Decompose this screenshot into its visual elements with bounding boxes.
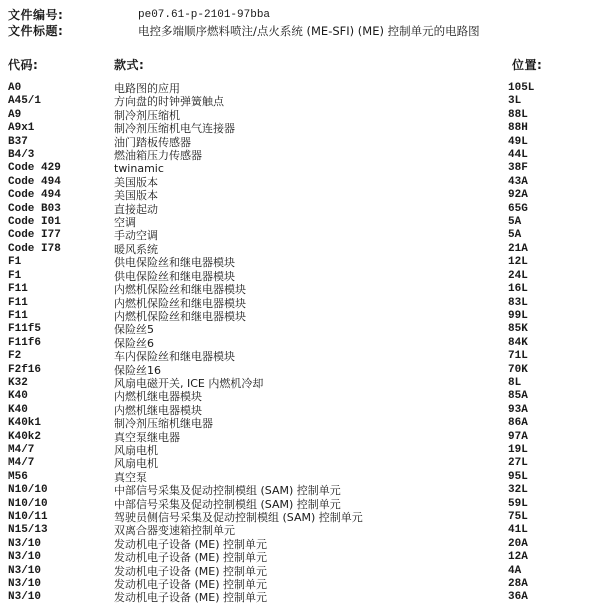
table-row: A45/1方向盘的时钟弹簧触点3L: [0, 95, 606, 108]
cell-code: N15/13: [8, 524, 48, 537]
cell-description: 车内保险丝和继电器模块: [114, 350, 235, 363]
table-row: K40内燃机继电器模块93A: [0, 404, 606, 417]
document-header: 文件编号: pe07.61-p-2101-97bba 文件标题: 电控多端顺序燃…: [0, 7, 606, 39]
cell-description: 发动机电子设备 (ME) 控制单元: [114, 578, 267, 591]
cell-code: N3/10: [8, 538, 41, 551]
cell-code: F1: [8, 256, 21, 269]
cell-position: 41L: [508, 524, 528, 537]
table-row: N3/10发动机电子设备 (ME) 控制单元20A: [0, 538, 606, 551]
cell-code: K40k1: [8, 417, 41, 430]
doc-number-value: pe07.61-p-2101-97bba: [138, 7, 270, 23]
cell-description: 保险丝16: [114, 364, 161, 377]
cell-position: 32L: [508, 484, 528, 497]
cell-code: K40: [8, 390, 28, 403]
cell-description: 风扇电机: [114, 457, 158, 470]
cell-description: 供电保险丝和继电器模块: [114, 256, 235, 269]
table-row: F1供电保险丝和继电器模块12L: [0, 256, 606, 269]
cell-code: A9: [8, 109, 21, 122]
table-row: N3/10发动机电子设备 (ME) 控制单元12A: [0, 551, 606, 564]
cell-code: N10/10: [8, 498, 48, 511]
cell-position: 3L: [508, 95, 521, 108]
cell-position: 85K: [508, 323, 528, 336]
cell-description: 保险丝5: [114, 323, 154, 336]
table-row: F2f16保险丝1670K: [0, 364, 606, 377]
cell-code: Code I77: [8, 229, 61, 242]
table-row: M4/7风扇电机19L: [0, 444, 606, 457]
cell-description: 美国版本: [114, 189, 158, 202]
cell-position: 85A: [508, 390, 528, 403]
cell-description: twinamic: [114, 162, 164, 175]
table-row: F1供电保险丝和继电器模块24L: [0, 270, 606, 283]
cell-position: 44L: [508, 149, 528, 162]
table-row: Code 429twinamic38F: [0, 162, 606, 175]
cell-code: A0: [8, 82, 21, 95]
cell-description: 内燃机保险丝和继电器模块: [114, 297, 246, 310]
table-row: A9制冷剂压缩机88L: [0, 109, 606, 122]
cell-code: N3/10: [8, 591, 41, 604]
cell-description: 手动空调: [114, 229, 158, 242]
table-row: Code I01空调5A: [0, 216, 606, 229]
table-row: B37油门踏板传感器49L: [0, 136, 606, 149]
cell-description: 中部信号采集及促动控制模组 (SAM) 控制单元: [114, 498, 341, 511]
cell-position: 20A: [508, 538, 528, 551]
cell-description: 真空泵继电器: [114, 431, 180, 444]
cell-description: 供电保险丝和继电器模块: [114, 270, 235, 283]
cell-code: N10/11: [8, 511, 48, 524]
table-row: Code 494美国版本92A: [0, 189, 606, 202]
table-row: A9x1制冷剂压缩机电气连接器88H: [0, 122, 606, 135]
cell-position: 28A: [508, 578, 528, 591]
cell-description: 直接起动: [114, 203, 158, 216]
cell-code: K40k2: [8, 431, 41, 444]
column-header-code: 代码:: [8, 58, 38, 72]
cell-code: F2: [8, 350, 21, 363]
table-row: F2车内保险丝和继电器模块71L: [0, 350, 606, 363]
cell-description: 空调: [114, 216, 136, 229]
cell-code: Code I01: [8, 216, 61, 229]
cell-position: 27L: [508, 457, 528, 470]
cell-description: 发动机电子设备 (ME) 控制单元: [114, 551, 267, 564]
cell-description: 内燃机保险丝和继电器模块: [114, 283, 246, 296]
doc-number-label: 文件编号:: [8, 7, 63, 23]
table-row: N3/10发动机电子设备 (ME) 控制单元4A: [0, 565, 606, 578]
cell-description: 方向盘的时钟弹簧触点: [114, 95, 224, 108]
cell-position: 4A: [508, 565, 521, 578]
cell-code: B37: [8, 136, 28, 149]
cell-description: 内燃机继电器模块: [114, 390, 202, 403]
cell-position: 8L: [508, 377, 521, 390]
cell-description: 双离合器变速箱控制单元: [114, 524, 235, 537]
cell-position: 5A: [508, 216, 521, 229]
cell-position: 12A: [508, 551, 528, 564]
table-row: N3/10发动机电子设备 (ME) 控制单元36A: [0, 591, 606, 604]
table-row: F11内燃机保险丝和继电器模块83L: [0, 297, 606, 310]
cell-position: 19L: [508, 444, 528, 457]
cell-position: 95L: [508, 471, 528, 484]
cell-description: 发动机电子设备 (ME) 控制单元: [114, 538, 267, 551]
table-row: F11f6保险丝684K: [0, 337, 606, 350]
doc-title-line: 文件标题: 电控多端顺序燃料喷注/点火系统 (ME-SFI) (ME) 控制单元…: [0, 23, 606, 39]
table-column-headers: 代码: 款式: 位置:: [0, 58, 606, 72]
cell-code: F11: [8, 310, 28, 323]
table-row: Code B03直接起动65G: [0, 203, 606, 216]
cell-code: K40: [8, 404, 28, 417]
doc-title-label: 文件标题:: [8, 23, 63, 39]
cell-position: 88L: [508, 109, 528, 122]
cell-position: 97A: [508, 431, 528, 444]
cell-code: M4/7: [8, 444, 34, 457]
cell-description: 驾驶员侧信号采集及促动控制模组 (SAM) 控制单元: [114, 511, 363, 524]
cell-description: 发动机电子设备 (ME) 控制单元: [114, 591, 267, 604]
doc-title-value: 电控多端顺序燃料喷注/点火系统 (ME-SFI) (ME) 控制单元的电路图: [138, 23, 480, 39]
table-row: N3/10发动机电子设备 (ME) 控制单元28A: [0, 578, 606, 591]
cell-code: F11f5: [8, 323, 41, 336]
cell-code: K32: [8, 377, 28, 390]
cell-description: 美国版本: [114, 176, 158, 189]
table-row: M56真空泵95L: [0, 471, 606, 484]
cell-position: 92A: [508, 189, 528, 202]
doc-number-line: 文件编号: pe07.61-p-2101-97bba: [0, 7, 606, 23]
cell-position: 84K: [508, 337, 528, 350]
cell-position: 99L: [508, 310, 528, 323]
code-table-rows: A0电路图的应用105LA45/1方向盘的时钟弹簧触点3LA9制冷剂压缩机88L…: [0, 82, 606, 605]
cell-description: 内燃机继电器模块: [114, 404, 202, 417]
cell-code: B4/3: [8, 149, 34, 162]
cell-code: Code 429: [8, 162, 61, 175]
cell-code: Code 494: [8, 189, 61, 202]
cell-position: 43A: [508, 176, 528, 189]
table-row: K32风扇电磁开关, ICE 内燃机冷却8L: [0, 377, 606, 390]
cell-code: F11: [8, 283, 28, 296]
cell-description: 真空泵: [114, 471, 147, 484]
cell-description: 风扇电磁开关, ICE 内燃机冷却: [114, 377, 263, 390]
cell-position: 93A: [508, 404, 528, 417]
cell-position: 88H: [508, 122, 528, 135]
cell-position: 71L: [508, 350, 528, 363]
cell-position: 65G: [508, 203, 528, 216]
cell-description: 暖风系统: [114, 243, 158, 256]
cell-code: Code B03: [8, 203, 61, 216]
cell-position: 75L: [508, 511, 528, 524]
cell-position: 38F: [508, 162, 528, 175]
cell-description: 内燃机保险丝和继电器模块: [114, 310, 246, 323]
table-row: B4/3燃油箱压力传感器44L: [0, 149, 606, 162]
cell-description: 燃油箱压力传感器: [114, 149, 202, 162]
cell-code: Code I78: [8, 243, 61, 256]
cell-code: N10/10: [8, 484, 48, 497]
table-row: N15/13双离合器变速箱控制单元41L: [0, 524, 606, 537]
column-header-position: 位置:: [512, 58, 542, 72]
cell-position: 21A: [508, 243, 528, 256]
cell-code: F11: [8, 297, 28, 310]
table-row: K40内燃机继电器模块85A: [0, 390, 606, 403]
cell-code: F2f16: [8, 364, 41, 377]
table-row: N10/10中部信号采集及促动控制模组 (SAM) 控制单元59L: [0, 498, 606, 511]
table-row: A0电路图的应用105L: [0, 82, 606, 95]
cell-description: 制冷剂压缩机: [114, 109, 180, 122]
table-row: F11f5保险丝585K: [0, 323, 606, 336]
cell-code: M56: [8, 471, 28, 484]
table-row: F11内燃机保险丝和继电器模块99L: [0, 310, 606, 323]
cell-description: 制冷剂压缩机继电器: [114, 417, 213, 430]
cell-position: 16L: [508, 283, 528, 296]
cell-position: 105L: [508, 82, 534, 95]
table-row: Code I77手动空调5A: [0, 229, 606, 242]
cell-position: 86A: [508, 417, 528, 430]
cell-description: 风扇电机: [114, 444, 158, 457]
table-row: F11内燃机保险丝和继电器模块16L: [0, 283, 606, 296]
cell-code: N3/10: [8, 551, 41, 564]
cell-description: 保险丝6: [114, 337, 154, 350]
cell-position: 12L: [508, 256, 528, 269]
cell-description: 电路图的应用: [114, 82, 180, 95]
cell-position: 24L: [508, 270, 528, 283]
cell-position: 5A: [508, 229, 521, 242]
cell-code: F11f6: [8, 337, 41, 350]
table-row: N10/10中部信号采集及促动控制模组 (SAM) 控制单元32L: [0, 484, 606, 497]
cell-position: 49L: [508, 136, 528, 149]
cell-description: 发动机电子设备 (ME) 控制单元: [114, 565, 267, 578]
table-row: K40k1制冷剂压缩机继电器86A: [0, 417, 606, 430]
cell-position: 70K: [508, 364, 528, 377]
cell-position: 36A: [508, 591, 528, 604]
cell-code: A9x1: [8, 122, 34, 135]
column-header-model: 款式:: [114, 58, 144, 72]
cell-position: 59L: [508, 498, 528, 511]
cell-description: 制冷剂压缩机电气连接器: [114, 122, 235, 135]
table-row: M4/7风扇电机27L: [0, 457, 606, 470]
cell-position: 83L: [508, 297, 528, 310]
cell-description: 中部信号采集及促动控制模组 (SAM) 控制单元: [114, 484, 341, 497]
table-row: N10/11驾驶员侧信号采集及促动控制模组 (SAM) 控制单元75L: [0, 511, 606, 524]
cell-code: Code 494: [8, 176, 61, 189]
cell-description: 油门踏板传感器: [114, 136, 191, 149]
cell-code: F1: [8, 270, 21, 283]
table-row: K40k2真空泵继电器97A: [0, 431, 606, 444]
table-row: Code 494美国版本43A: [0, 176, 606, 189]
cell-code: N3/10: [8, 578, 41, 591]
cell-code: M4/7: [8, 457, 34, 470]
table-row: Code I78暖风系统21A: [0, 243, 606, 256]
cell-code: N3/10: [8, 565, 41, 578]
cell-code: A45/1: [8, 95, 41, 108]
